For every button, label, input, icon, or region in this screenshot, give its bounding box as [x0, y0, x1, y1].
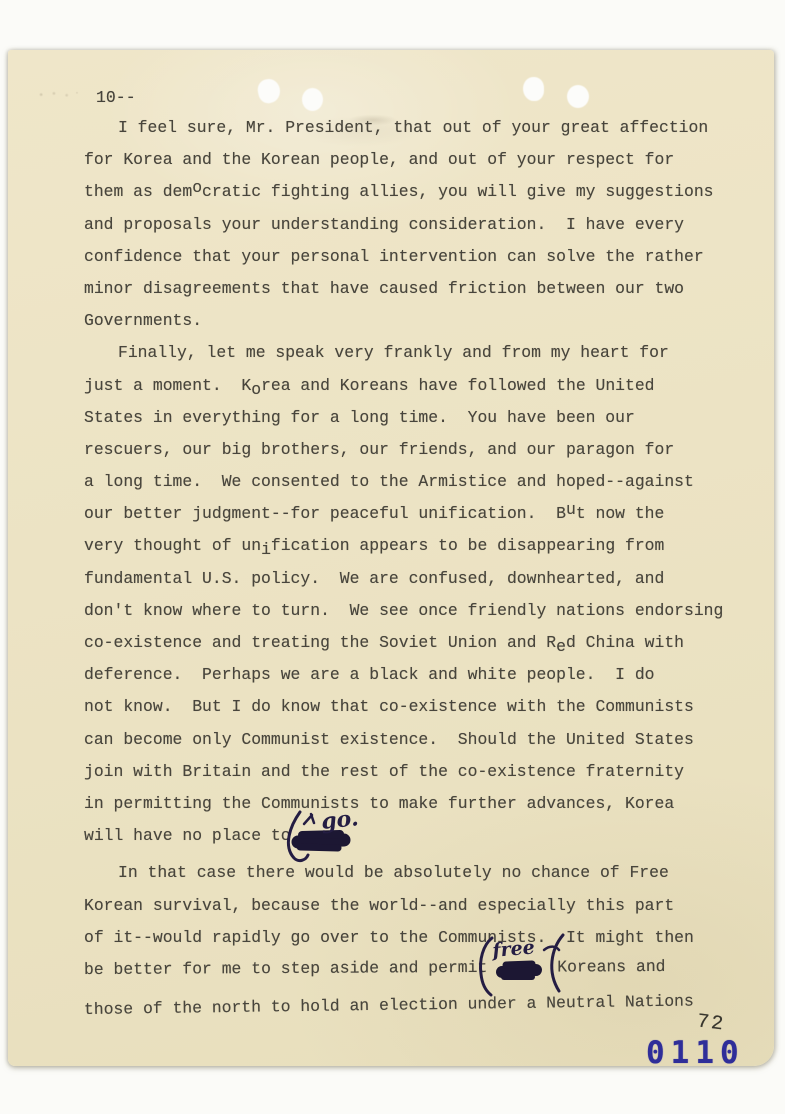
typed-line: a long time. We consented to the Armisti… [84, 466, 784, 498]
typed-line: just a moment. Korea and Koreans have fo… [84, 370, 784, 402]
typed-line: Korean survival, because the world--and … [84, 890, 784, 922]
typed-line: I feel sure, Mr. President, that out of … [84, 112, 784, 144]
handwritten-free-annotation: free [466, 926, 578, 1000]
typed-line: will have no place to [84, 820, 784, 852]
typed-line: fundamental U.S. policy. We are confused… [84, 563, 784, 595]
scan-background: 10-- I feel sure, Mr. President, that ou… [0, 0, 785, 1114]
typed-line: confidence that your personal interventi… [84, 241, 784, 273]
page-number-header: 10-- [96, 88, 136, 107]
page-number-typed: 72 [696, 1010, 727, 1036]
punch-hole-icon [257, 78, 281, 104]
typed-line: and proposals your understanding conside… [84, 209, 784, 241]
pencil-smudge [36, 88, 100, 100]
typed-line: minor disagreements that have caused fri… [84, 273, 784, 305]
typed-line: join with Britain and the rest of the co… [84, 756, 784, 788]
document-page: 10-- I feel sure, Mr. President, that ou… [8, 50, 774, 1066]
typed-line: States in everything for a long time. Yo… [84, 402, 784, 434]
typed-line: Governments. [84, 305, 784, 337]
handwritten-go-text: go. [320, 805, 360, 835]
typed-line: not know. But I do know that co-existenc… [84, 691, 784, 723]
typed-line: them as democratic fighting allies, you … [84, 176, 784, 208]
typed-line: our better judgment--for peaceful unific… [84, 498, 784, 530]
typed-text-block: I feel sure, Mr. President, that out of … [84, 112, 784, 1026]
typed-line: Finally, let me speak very frankly and f… [84, 337, 784, 369]
handwritten-free-text: free [490, 936, 536, 962]
typed-line: for Korea and the Korean people, and out… [84, 144, 784, 176]
typed-line: very thought of unification appears to b… [84, 530, 784, 562]
handwritten-go-annotation: go. [280, 802, 410, 868]
typed-line: be better for me to step aside and permi… [84, 950, 784, 986]
typed-line: co-existence and treating the Soviet Uni… [84, 627, 784, 659]
typed-line: rescuers, our big brothers, our friends,… [84, 434, 784, 466]
typed-line: deference. Perhaps we are a black and wh… [84, 659, 784, 691]
typed-line: of it--would rapidly go over to the Comm… [84, 922, 784, 954]
typed-line: In that case there would be absolutely n… [84, 857, 784, 889]
punch-hole-icon [568, 86, 588, 107]
typed-line: don't know where to turn. We see once fr… [84, 595, 784, 627]
punch-hole-icon [303, 89, 322, 110]
typed-line: in permitting the Communists to make fur… [84, 788, 784, 820]
typed-line: those of the north to hold an election u… [84, 984, 784, 1026]
archive-stamp-number: 0110 [646, 1035, 745, 1071]
typed-line: can become only Communist existence. Sho… [84, 724, 784, 756]
punch-hole-icon [524, 78, 543, 100]
